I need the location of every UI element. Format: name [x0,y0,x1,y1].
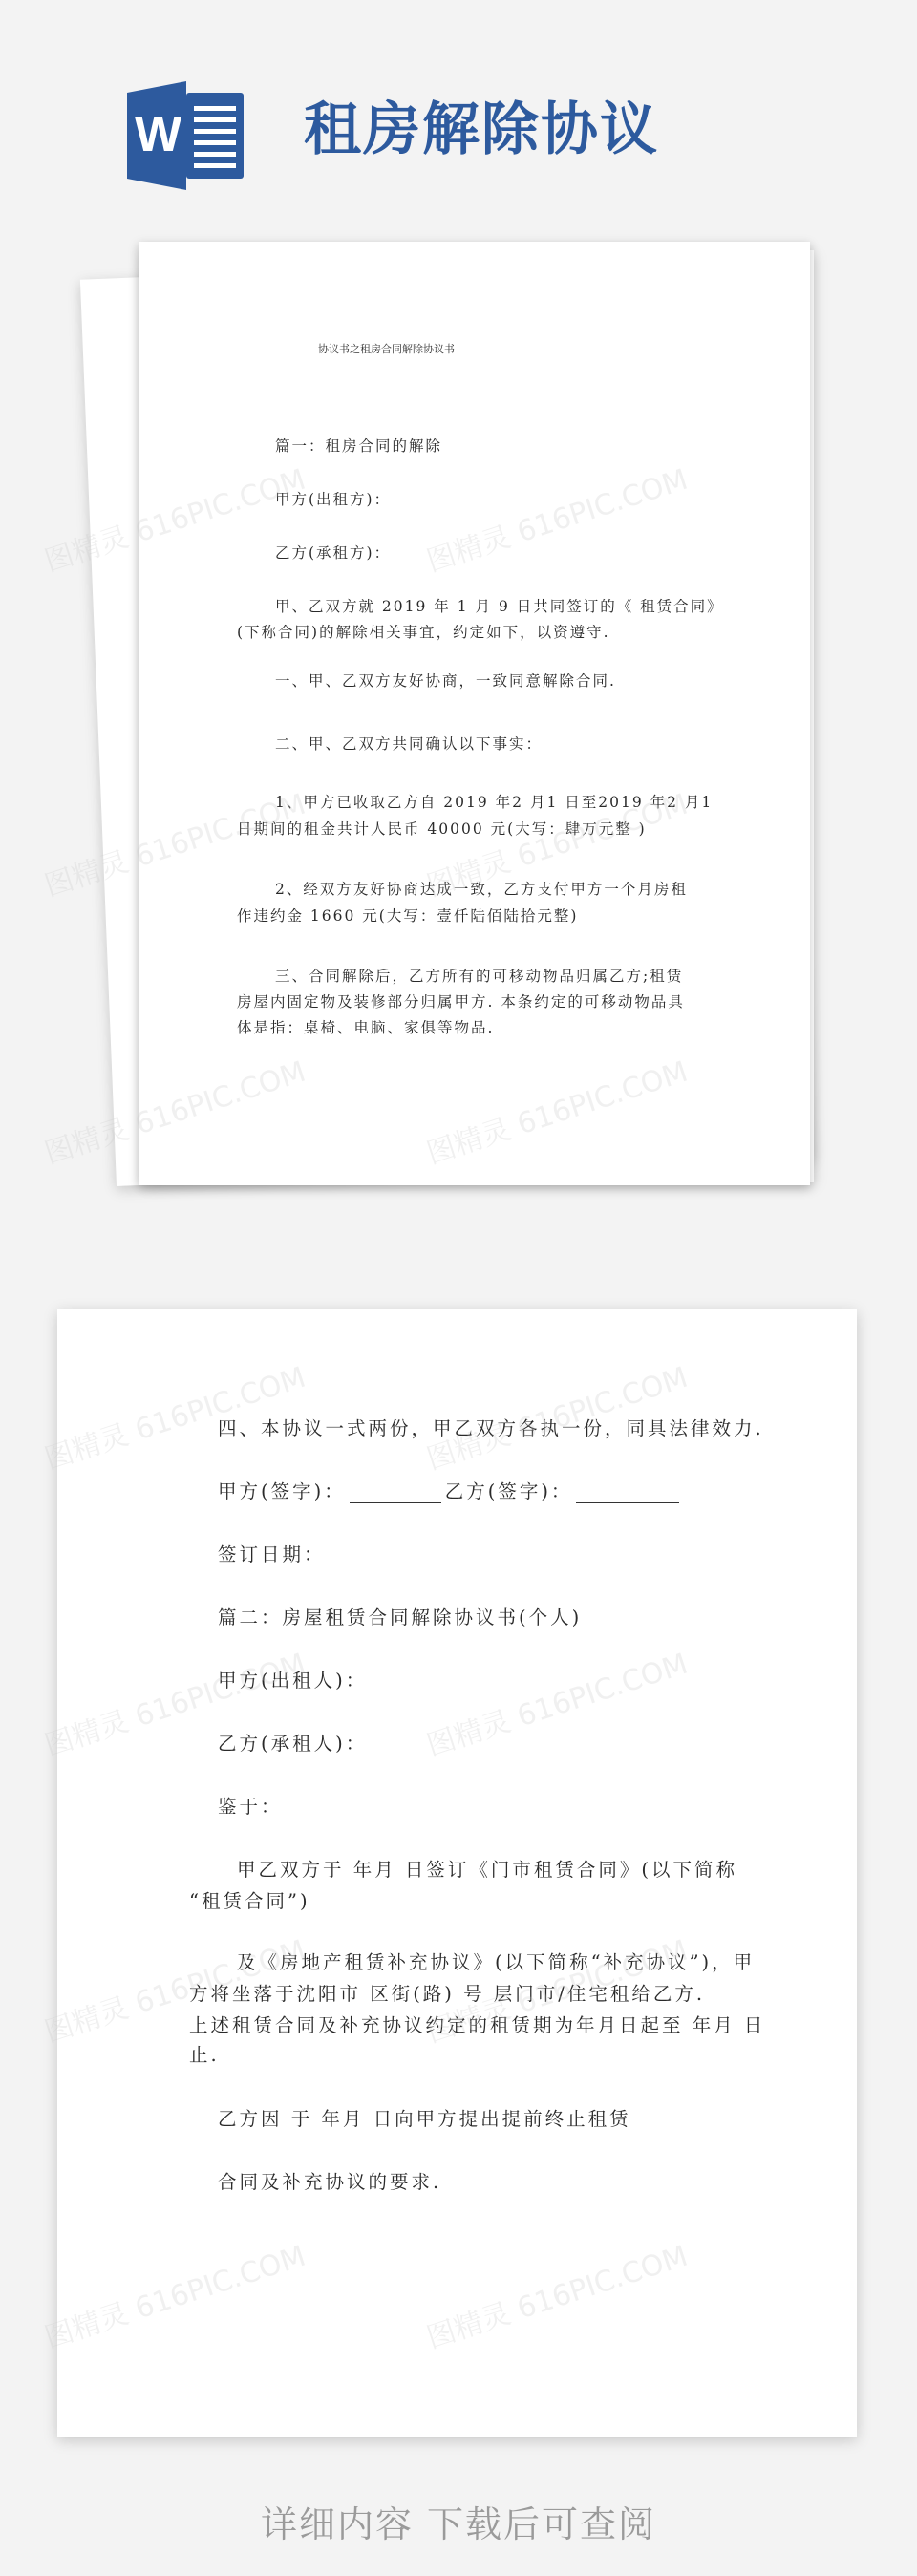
paragraph-line: 止. [189,2040,220,2067]
section-heading: 篇二：房屋租赁合同解除协议书(个人) [218,1603,582,1629]
word-icon-letter: W [135,106,181,163]
paragraph-line: 二、甲、乙双方共同确认以下事实： [275,733,543,754]
paragraph-line: 日期间的租金共计人民币 40000 元(大写：肆万元整 ) [237,818,647,839]
download-hint: 详细内容 下载后可查阅 [0,2495,917,2547]
party-b-line: 乙方(承租人)： [218,1729,367,1756]
party-b-line: 乙方(承租方)： [275,542,391,563]
party-a-line: 甲方(出租方)： [275,488,391,509]
party-a-signature-label: 甲方(签字)： [218,1480,346,1502]
paragraph-line: 作违约金 1660 元(大写：壹仟陆佰陆拾元整) [237,905,578,926]
page-title: 租房解除协议 [304,92,659,168]
paragraph-line: 2、经双方友好协商达成一致，乙方支付甲方一个月房租 [275,878,688,899]
paragraph-line: 四、本协议一式两份，甲乙双方各执一份，同具法律效力. [218,1414,764,1440]
doc-header: 协议书之租房合同解除协议书 [318,341,455,356]
paragraph-line: 甲乙双方于 年月 日签订《门市租赁合同》(以下简称 [237,1855,737,1882]
whereas-line: 鉴于： [218,1792,283,1819]
paragraph-line: 体是指：桌椅、电脑、家俱等物品. [237,1016,494,1037]
signature-line: 甲方(签字)：乙方(签字)： [218,1477,683,1503]
document-page-1: 协议书之租房合同解除协议书 篇一：租房合同的解除 甲方(出租方)： 乙方(承租方… [139,242,810,1185]
party-a-line: 甲方(出租人)： [218,1666,367,1692]
word-document-icon: W [127,81,245,190]
paragraph-line: 1、甲方已收取乙方自 2019 年2 月1 日至2019 年2 月1 [275,791,713,812]
paragraph-line: 房屋内固定物及装修部分归属甲方. 本条约定的可移动物品具 [237,990,685,1011]
document-page-2: 四、本协议一式两份，甲乙双方各执一份，同具法律效力. 甲方(签字)：乙方(签字)… [57,1309,857,2437]
paragraph-line: 合同及补充协议的要求. [218,2167,441,2194]
paragraph-line: 一、甲、乙双方友好协商，一致同意解除合同. [275,670,616,691]
paragraph-line: 方将坐落于沈阳市 区街(路) 号 层门市/住宅租给乙方. [189,1979,705,2006]
paragraph-line: 及《房地产租赁补充协议》(以下简称“补充协议”)，甲 [237,1948,755,1974]
paragraph-line: 甲、乙双方就 2019 年 1 月 9 日共同签订的《 租赁合同》 [275,595,724,616]
party-b-signature-blank [576,1483,679,1503]
paragraph-line: 上述租赁合同及补充协议约定的租赁期为年月日起至 年月 日 [189,2011,765,2037]
signing-date-line: 签订日期： [218,1540,326,1566]
paragraph-line: 乙方因 于 年月 日向甲方提出提前终止租赁 [218,2104,631,2131]
party-a-signature-blank [350,1483,441,1503]
section-heading: 篇一：租房合同的解除 [275,435,442,456]
party-b-signature-label: 乙方(签字)： [445,1480,573,1502]
paragraph-line: (下称合同)的解除相关事宜，约定如下，以资遵守. [237,621,610,642]
paragraph-line: “租赁合同”) [189,1886,310,1913]
paragraph-line: 三、合同解除后，乙方所有的可移动物品归属乙方;租赁 [275,965,683,986]
